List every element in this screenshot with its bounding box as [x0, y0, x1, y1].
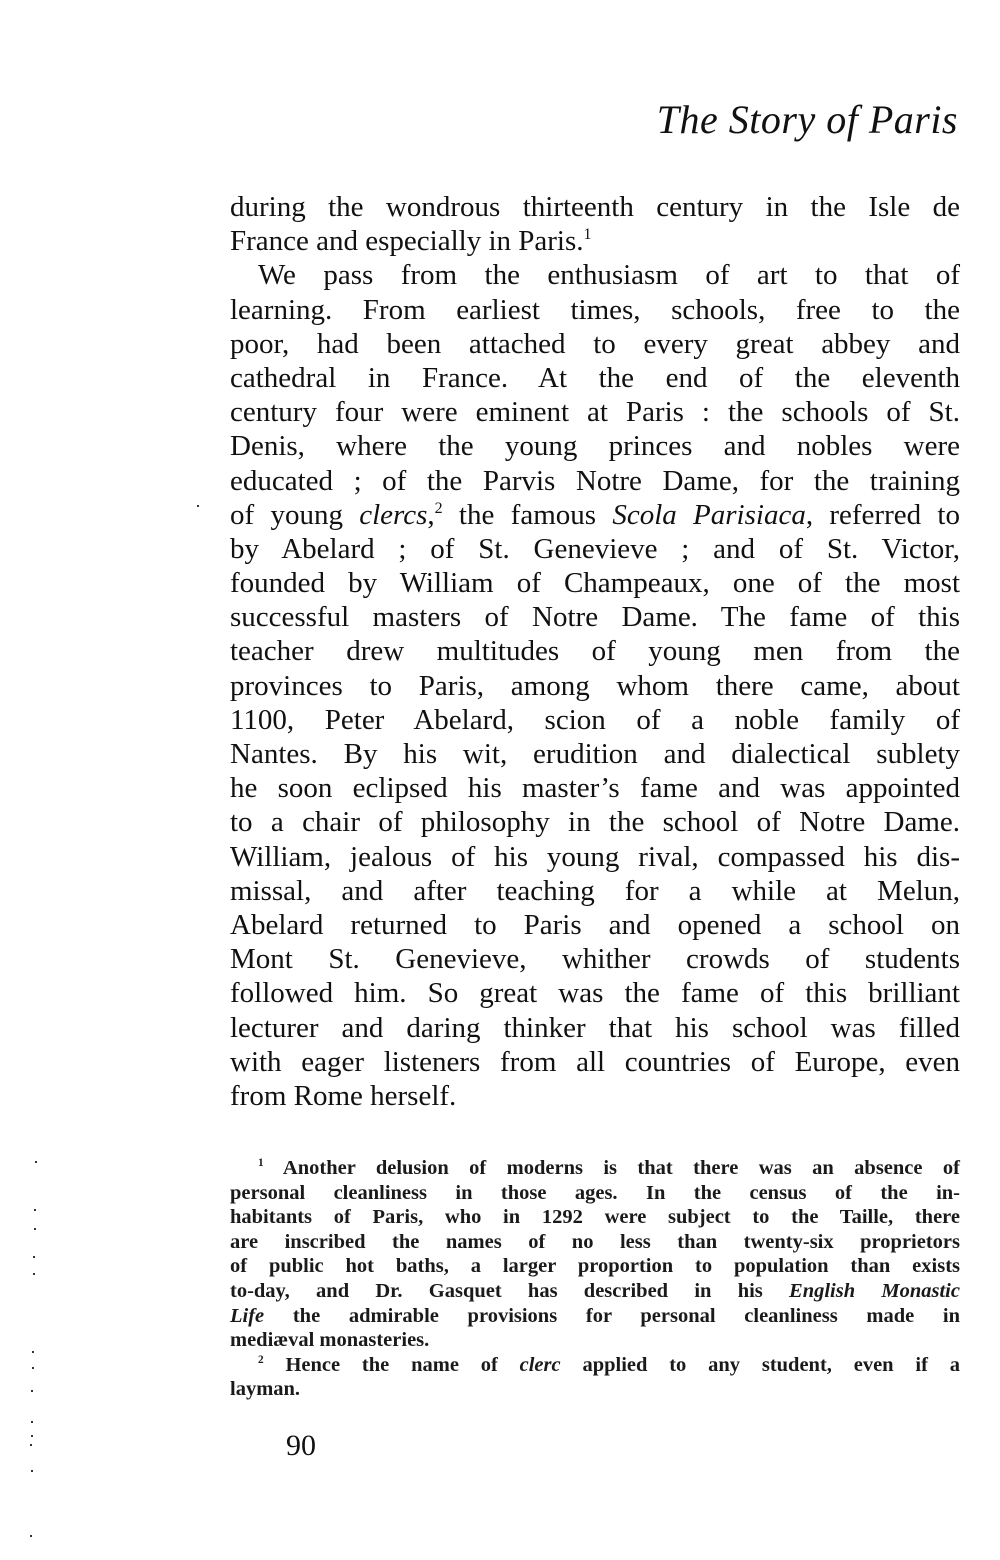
- italic-scola-parisiaca: Scola Parisiaca: [612, 499, 806, 531]
- body-line-8: Denis, where the young princes and noble…: [230, 429, 960, 463]
- footnote-ref-2[interactable]: 2: [435, 500, 443, 517]
- body-line-22: Abelard returned to Paris and opened a s…: [230, 908, 960, 942]
- scan-speck: [34, 1228, 36, 1230]
- scan-speck: [31, 1470, 33, 1472]
- body-line-12: founded by William of Champeaux, one of …: [230, 566, 960, 600]
- footnote-1-line-7: Life the admirable provisions for person…: [230, 1304, 960, 1329]
- body-line-20: William, jealous of his young rival, com…: [230, 840, 960, 874]
- italic-english-monastic: English Monastic: [789, 1280, 960, 1302]
- body-line-9: educated ; of the Parvis Notre Dame, for…: [230, 464, 960, 498]
- footnote-ref-1[interactable]: 1: [584, 226, 592, 243]
- scan-speck: [32, 1367, 34, 1369]
- scan-speck: [32, 1351, 34, 1353]
- body-line-15: provinces to Paris, among whom there cam…: [230, 669, 960, 703]
- body-line-2-text: France and especially in Paris.: [230, 225, 584, 257]
- italic-clerc: clerc: [520, 1354, 561, 1376]
- footnote-1-marker: 1: [258, 1157, 264, 1169]
- footnote-1-line-8: mediæval monasteries.: [230, 1328, 960, 1353]
- body-line-17: Nantes. By his wit, erudition and dialec…: [230, 737, 960, 771]
- footnote-2-line-1: 2 Hence the name of clerc applied to any…: [230, 1353, 960, 1378]
- body-line-10-mid: the famous: [443, 499, 613, 531]
- scan-speck: [30, 1444, 32, 1446]
- main-body-text: during the wondrous thirteenth century i…: [230, 190, 960, 1113]
- comma: ,: [427, 499, 434, 531]
- body-line-11: by Abelard ; of St. Genevieve ; and of S…: [230, 532, 960, 566]
- scan-speck: [197, 505, 199, 507]
- body-line-16: 1100, Peter Abelard, scion of a noble fa…: [230, 703, 960, 737]
- body-line-27: from Rome herself.: [230, 1079, 960, 1113]
- body-line-18: he soon eclipsed his master’s fame and w…: [230, 771, 960, 805]
- italic-life: Life: [230, 1305, 264, 1327]
- scan-speck: [30, 1535, 32, 1537]
- body-line-25: lecturer and daring thinker that his sch…: [230, 1011, 960, 1045]
- footnote-1-line-7-text: the admirable provisions for personal cl…: [264, 1305, 960, 1327]
- footnote-1-line-5: of public hot baths, a larger proportion…: [230, 1254, 960, 1279]
- body-line-13: successful masters of Notre Dame. The fa…: [230, 600, 960, 634]
- italic-clercs: clercs: [359, 499, 427, 531]
- footnote-1-line-2: personal cleanliness in those ages. In t…: [230, 1181, 960, 1206]
- body-line-21: missal, and after teaching for a while a…: [230, 874, 960, 908]
- body-line-26: with eager listeners from all countries …: [230, 1045, 960, 1079]
- footnote-1-line-6-text: to-day, and Dr. Gasquet has described in…: [230, 1280, 789, 1302]
- body-line-1: during the wondrous thirteenth century i…: [230, 190, 960, 224]
- book-page: The Story of Paris during the wondrous t…: [0, 0, 1000, 1560]
- body-line-10-post: , referred to: [806, 499, 960, 531]
- footnote-1-line-3: habitants of Paris, who in 1292 were sub…: [230, 1205, 960, 1230]
- body-line-10: of young clercs,2 the famous Scola Paris…: [230, 498, 960, 532]
- footnote-1-line-1-text: Another delusion of moderns is that ther…: [283, 1157, 960, 1179]
- body-line-4: learning. From earliest times, schools, …: [230, 293, 960, 327]
- body-line-7: century four were eminent at Paris : the…: [230, 395, 960, 429]
- footnote-1-line-4: are inscribed the names of no less than …: [230, 1230, 960, 1255]
- scan-speck: [33, 1256, 35, 1258]
- body-line-23: Mont St. Genevieve, whither crowds of st…: [230, 942, 960, 976]
- footnotes-section: 1 Another delusion of moderns is that th…: [230, 1156, 960, 1402]
- footnote-2-post: applied to any student, even if a: [561, 1354, 960, 1376]
- body-line-19: to a chair of philosophy in the school o…: [230, 805, 960, 839]
- scan-speck: [31, 1435, 33, 1437]
- page-number: 90: [286, 1428, 316, 1464]
- footnote-2-marker: 2: [258, 1354, 264, 1366]
- body-line-6: cathedral in France. At the end of the e…: [230, 361, 960, 395]
- scan-speck: [33, 1273, 35, 1275]
- footnote-2-line-2: layman.: [230, 1377, 960, 1402]
- body-line-5: poor, had been attached to every great a…: [230, 327, 960, 361]
- scan-speck: [31, 1421, 33, 1423]
- footnote-1-line-1: 1 Another delusion of moderns is that th…: [230, 1156, 960, 1181]
- running-head-title: The Story of Paris: [657, 96, 958, 144]
- scan-speck: [31, 1390, 33, 1392]
- body-line-10-pre: of young: [230, 499, 359, 531]
- scan-speck: [34, 1209, 36, 1211]
- body-line-3: We pass from the enthusiasm of art to th…: [230, 258, 960, 292]
- footnote-1-line-6: to-day, and Dr. Gasquet has described in…: [230, 1279, 960, 1304]
- footnote-2-pre: Hence the name of: [285, 1354, 519, 1376]
- body-line-14: teacher drew multitudes of young men fro…: [230, 634, 960, 668]
- body-line-24: followed him. So great was the fame of t…: [230, 976, 960, 1010]
- body-line-2: France and especially in Paris.1: [230, 224, 960, 258]
- scan-speck: [35, 1161, 37, 1163]
